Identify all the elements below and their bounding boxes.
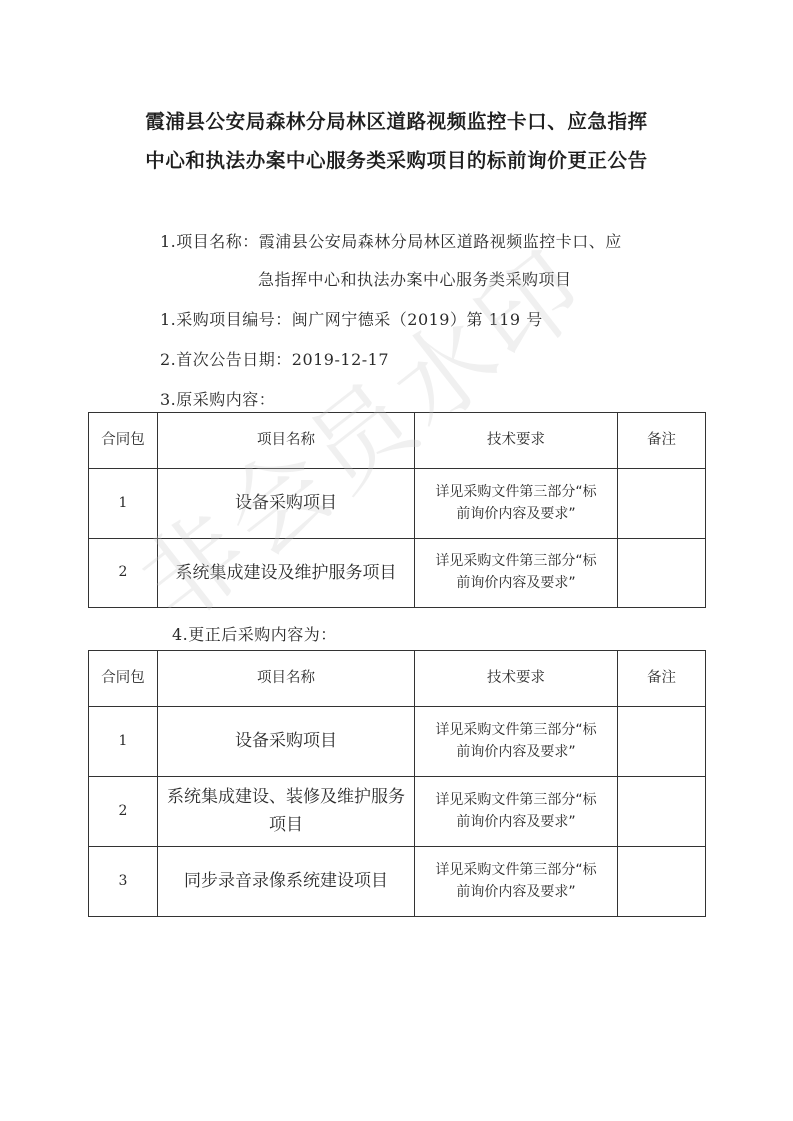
tech-line-2: 前询价内容及要求” — [456, 814, 575, 830]
header-package: 合同包 — [89, 413, 158, 469]
tech-requirements: 详见采购文件第三部分“标前询价内容及要求” — [415, 847, 618, 917]
tech-requirements: 详见采购文件第三部分“标前询价内容及要求” — [415, 469, 618, 539]
package-number: 2 — [89, 539, 158, 608]
revised-content-label: 4.更正后采购内容为： — [172, 622, 337, 645]
tech-line-1: 详见采购文件第三部分“标 — [435, 862, 596, 878]
document-title-line-2: 中心和执法办案中心服务类采购项目的标前询价更正公告 — [0, 145, 793, 173]
project-number-line: 1.采购项目编号：闽广网宁德采（2019）第 119 号 — [160, 307, 543, 330]
document-title-line-1: 霞浦县公安局森林分局林区道路视频监控卡口、应急指挥 — [0, 106, 793, 134]
table-row: 2 系统集成建设及维护服务项目 详见采购文件第三部分“标前询价内容及要求” — [89, 539, 706, 608]
item-name: 设备采购项目 — [158, 469, 415, 539]
original-procurement-table: 合同包 项目名称 技术要求 备注 1 设备采购项目 详见采购文件第三部分“标前询… — [88, 412, 706, 608]
header-tech-requirements: 技术要求 — [415, 413, 618, 469]
project-name-continuation: 急指挥中心和执法办案中心服务类采购项目 — [258, 267, 572, 290]
table-row: 1 设备采购项目 详见采购文件第三部分“标前询价内容及要求” — [89, 469, 706, 539]
package-number: 3 — [89, 847, 158, 917]
remarks — [618, 469, 706, 539]
remarks — [618, 777, 706, 847]
original-content-label: 3.原采购内容： — [160, 387, 275, 410]
package-number: 1 — [89, 469, 158, 539]
project-name-line: 1.项目名称：霞浦县公安局森林分局林区道路视频监控卡口、应 — [160, 229, 622, 252]
tech-line-1: 详见采购文件第三部分“标 — [435, 792, 596, 808]
item-name: 系统集成建设及维护服务项目 — [158, 539, 415, 608]
tech-line-2: 前询价内容及要求” — [456, 575, 575, 591]
tech-line-1: 详见采购文件第三部分“标 — [435, 553, 596, 569]
header-tech-requirements: 技术要求 — [415, 651, 618, 707]
tech-line-2: 前询价内容及要求” — [456, 744, 575, 760]
first-announcement-date-line: 2.首次公告日期：2019-12-17 — [160, 347, 389, 370]
table-header-row: 合同包 项目名称 技术要求 备注 — [89, 413, 706, 469]
package-number: 2 — [89, 777, 158, 847]
header-package: 合同包 — [89, 651, 158, 707]
item-name: 系统集成建设、装修及维护服务项目 — [158, 777, 415, 847]
tech-line-1: 详见采购文件第三部分“标 — [435, 484, 596, 500]
package-number: 1 — [89, 707, 158, 777]
header-remarks: 备注 — [618, 651, 706, 707]
table-row: 1 设备采购项目 详见采购文件第三部分“标前询价内容及要求” — [89, 707, 706, 777]
header-item-name: 项目名称 — [158, 651, 415, 707]
tech-requirements: 详见采购文件第三部分“标前询价内容及要求” — [415, 539, 618, 608]
revised-procurement-table: 合同包 项目名称 技术要求 备注 1 设备采购项目 详见采购文件第三部分“标前询… — [88, 650, 706, 917]
tech-line-2: 前询价内容及要求” — [456, 506, 575, 522]
item-name: 设备采购项目 — [158, 707, 415, 777]
tech-requirements: 详见采购文件第三部分“标前询价内容及要求” — [415, 777, 618, 847]
remarks — [618, 847, 706, 917]
item-name: 同步录音录像系统建设项目 — [158, 847, 415, 917]
table-header-row: 合同包 项目名称 技术要求 备注 — [89, 651, 706, 707]
table-row: 3 同步录音录像系统建设项目 详见采购文件第三部分“标前询价内容及要求” — [89, 847, 706, 917]
header-remarks: 备注 — [618, 413, 706, 469]
header-item-name: 项目名称 — [158, 413, 415, 469]
table-row: 2 系统集成建设、装修及维护服务项目 详见采购文件第三部分“标前询价内容及要求” — [89, 777, 706, 847]
tech-line-2: 前询价内容及要求” — [456, 884, 575, 900]
remarks — [618, 707, 706, 777]
remarks — [618, 539, 706, 608]
tech-requirements: 详见采购文件第三部分“标前询价内容及要求” — [415, 707, 618, 777]
tech-line-1: 详见采购文件第三部分“标 — [435, 722, 596, 738]
